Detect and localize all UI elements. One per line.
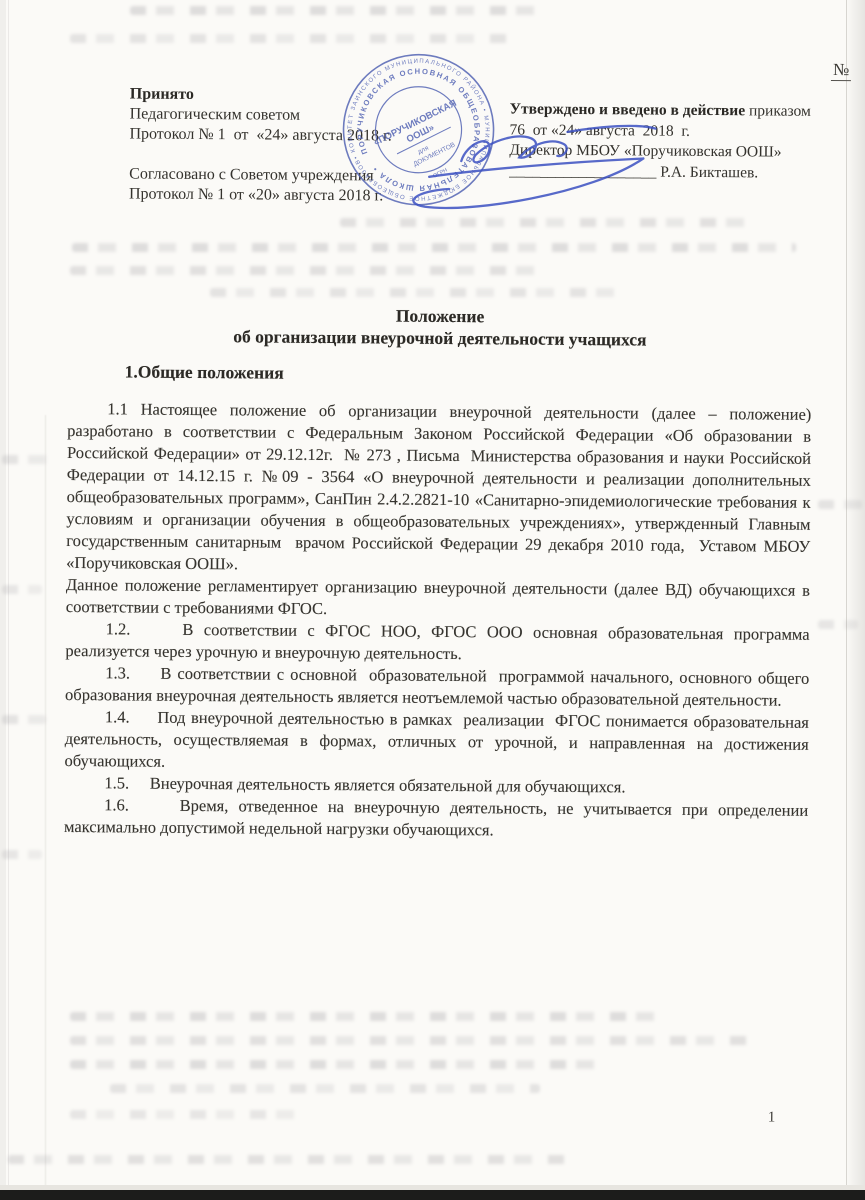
page-number: 1 [768, 1110, 776, 1127]
doc-number-label: № [831, 60, 851, 81]
document-title: Положение об организации внеурочной деят… [68, 302, 812, 352]
document-body: Положение об организации внеурочной деят… [64, 302, 812, 844]
paragraph-1-1: 1.1 Настоящее положение об организации в… [66, 398, 811, 580]
paragraph-1-3: 1.3. В соответствии с основной образоват… [65, 662, 809, 712]
director-signature-ink [391, 109, 674, 243]
paragraph-1-2: 1.2. В соответствии с ФГОС НОО, ФГОС ООО… [65, 618, 809, 668]
section-heading: 1.Общие положения [68, 360, 812, 388]
approved-rest: приказом [745, 102, 811, 120]
scanned-sheet: № Принято Педагогическим советом Протоко… [0, 0, 865, 1200]
paragraph-1-6: 1.6. Время, отведенное на внеурочную дея… [64, 794, 808, 844]
paragraph-note: Данное положение регламентирует организа… [66, 574, 810, 624]
title-line2: об организации внеурочной деятельности у… [68, 324, 812, 352]
doc-number-field: № [831, 60, 851, 80]
agreed-protocol-line: Протокол № 1 от «20» августа 2018 г. [129, 184, 391, 206]
paragraph-1-4: 1.4. Под внеурочной деятельностью в рамк… [64, 706, 808, 778]
